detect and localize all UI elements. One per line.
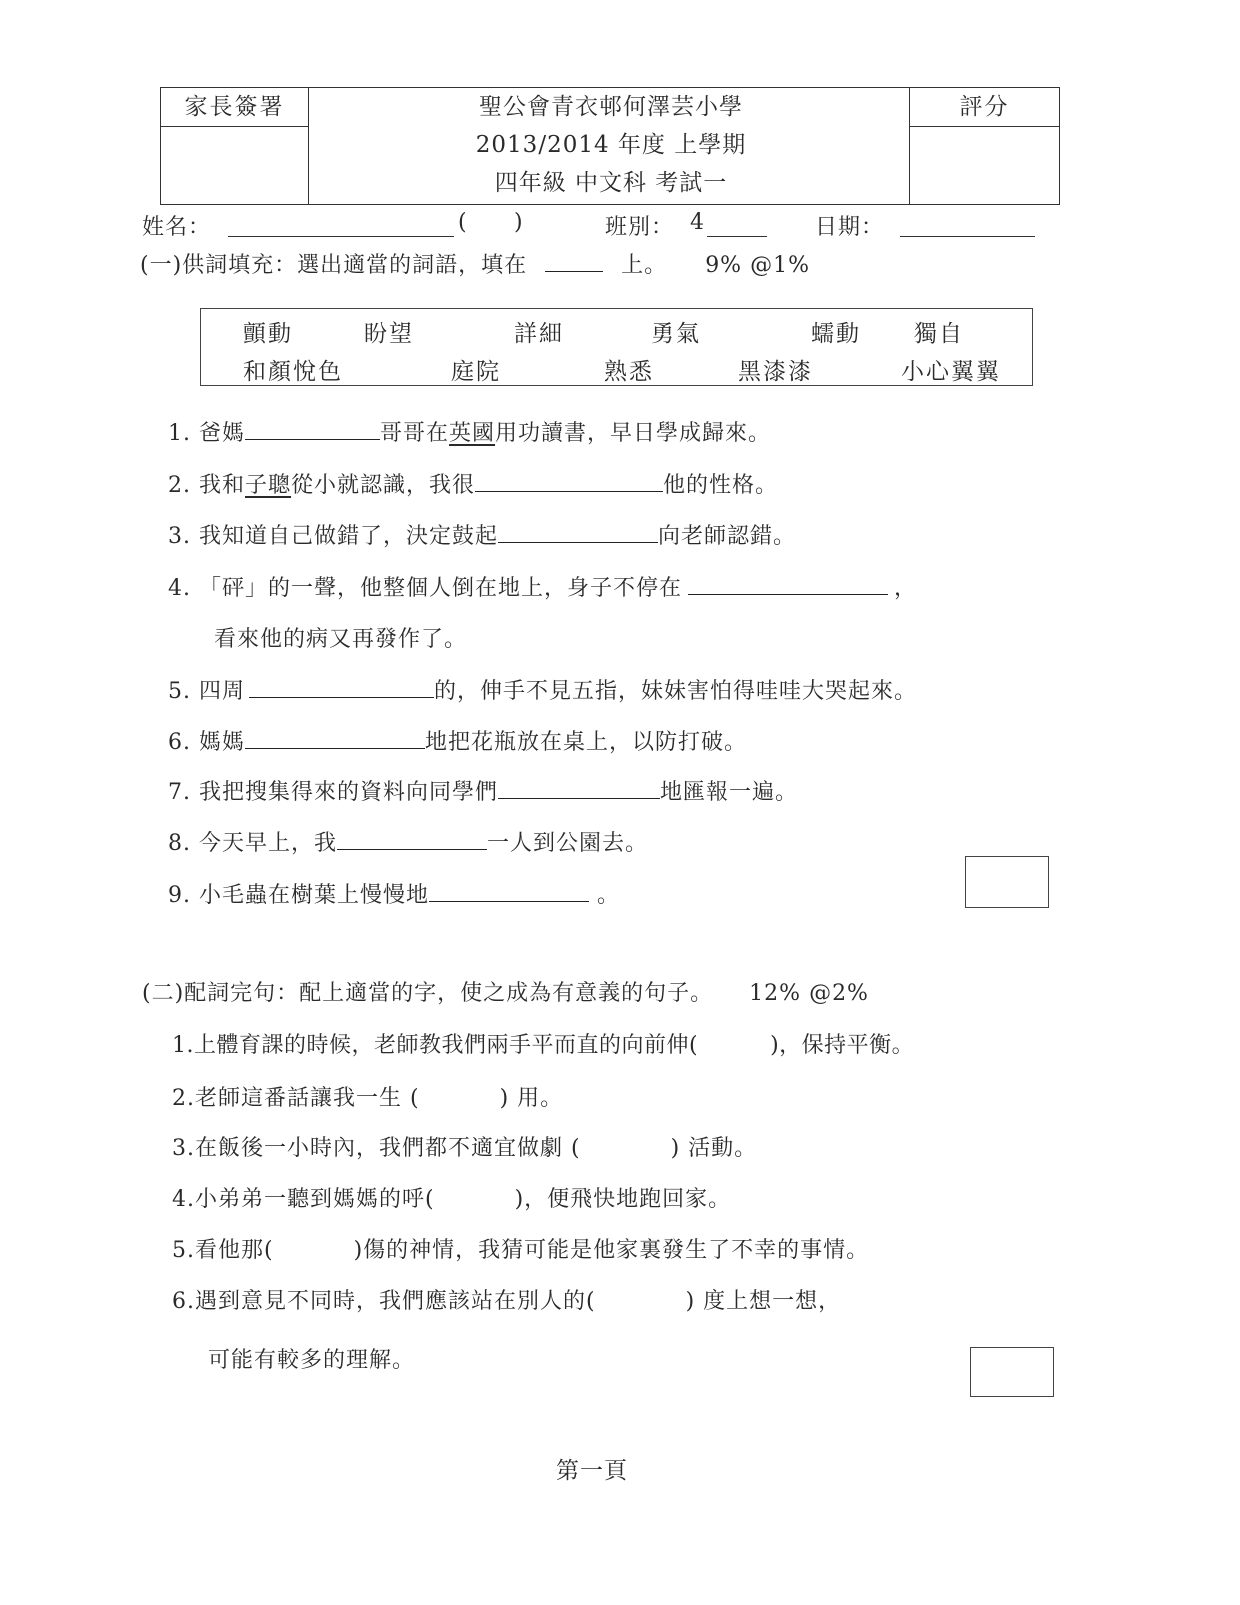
question-text: )傷的神情，我猜可能是他家裏發生了不幸的事情。 [354, 1238, 870, 1263]
word-bank: 顫動 盼望 詳細 勇氣 蠕動 獨自 和顏悅色 庭院 熟悉 黑漆漆 小心翼翼 [200, 308, 1033, 386]
question-text: ) 度上想一想， [686, 1289, 842, 1314]
word-bank-item: 小心翼翼 [901, 353, 1001, 386]
question-number: 5. [168, 679, 191, 704]
question-text: 「砰」的一聲，他整個人倒在地上，身子不停在 [199, 576, 682, 601]
section2-instruction: (二)配詞完句：配上適當的字，使之成為有意義的句子。 [142, 981, 713, 1006]
answer-blank[interactable] [245, 417, 380, 440]
date-field[interactable] [900, 236, 1035, 237]
question-number: 8. [168, 831, 191, 856]
word-bank-item: 蠕動 [811, 315, 861, 348]
question-text: 上體育課的時候，老師教我們兩手平而直的向前伸( [194, 1033, 698, 1058]
question-1-4: 4. 「砰」的一聲，他整個人倒在地上，身子不停在， [168, 571, 917, 602]
question-1-1: 1. 爸媽哥哥在英國用功讀書，早日學成歸來。 [168, 416, 771, 447]
question-number: 1. [168, 421, 191, 446]
question-number: 4. [172, 1187, 195, 1212]
section2-title: (二)配詞完句：配上適當的字，使之成為有意義的句子。 12% @2% [142, 976, 869, 1007]
section1-title: (一)供詞填充：選出適當的詞語，填在 上。 9% @1% [140, 248, 810, 279]
score-label: 評分 [910, 88, 1059, 127]
school-name: 聖公會青衣邨何澤芸小學 [309, 88, 913, 126]
name-field[interactable] [228, 236, 454, 237]
word-bank-item: 盼望 [364, 315, 414, 348]
section1-marks: 9% @1% [705, 253, 810, 278]
section2-score-box[interactable] [970, 1347, 1054, 1397]
parent-signature-field[interactable] [161, 127, 308, 205]
question-number: 5. [172, 1238, 195, 1263]
answer-blank[interactable] [498, 520, 658, 543]
answer-blank[interactable] [249, 675, 434, 698]
question-1-8: 8. 今天早上，我一人到公園去。 [168, 826, 648, 857]
section1-score-box[interactable] [965, 856, 1049, 908]
question-text: 我把搜集得來的資料向同學們 [199, 780, 498, 805]
number-paren-open: ( [458, 210, 468, 235]
number-paren-close: ) [514, 210, 524, 235]
question-1-4-continued: 看來他的病又再發作了。 [214, 622, 467, 653]
question-text: 向老師認錯。 [658, 524, 796, 549]
question-2-1: 1.上體育課的時候，老師教我們兩手平而直的向前伸()，保持平衡。 [172, 1028, 914, 1059]
question-text: 老師這番話讓我一生 ( [195, 1086, 420, 1111]
question-text: 哥哥在 [380, 421, 449, 446]
word-bank-item: 詳細 [514, 315, 564, 348]
question-text: 。 [597, 883, 620, 908]
class-label: 班別： [605, 210, 674, 241]
academic-year: 2013/2014 年度 上學期 [309, 126, 913, 164]
question-1-2: 2. 我和子聰從小就認識，我很他的性格。 [168, 468, 778, 499]
word-bank-item: 庭院 [451, 353, 501, 386]
question-1-3: 3. 我知道自己做錯了，決定鼓起向老師認錯。 [168, 519, 796, 550]
section1-instruction: (一)供詞填充：選出適當的詞語，填在 [140, 253, 527, 278]
name-label: 姓名： [142, 210, 211, 241]
question-2-4: 4.小弟弟一聽到媽媽的呼()，便飛快地跑回家。 [172, 1182, 731, 1213]
question-2-2: 2.老師這番話讓我一生 () 用。 [172, 1081, 563, 1112]
exam-title: 四年級 中文科 考試一 [309, 164, 913, 202]
question-2-5: 5.看他那()傷的神情，我猜可能是他家裏發生了不幸的事情。 [172, 1233, 869, 1264]
answer-blank[interactable] [337, 827, 487, 850]
page-number: 第一頁 [556, 1452, 628, 1485]
question-text: 媽媽 [199, 730, 245, 755]
question-text: 地匯報一遍。 [660, 780, 798, 805]
question-text: 地把花瓶放在桌上，以防打破。 [425, 730, 747, 755]
header-table: 家長簽署 聖公會青衣邨何澤芸小學 2013/2014 年度 上學期 四年級 中文… [160, 87, 1060, 205]
question-number: 1. [172, 1033, 194, 1058]
question-number: 6. [172, 1289, 195, 1314]
answer-blank[interactable] [245, 726, 425, 749]
class-value: 4 [690, 210, 705, 235]
parent-signature-label: 家長簽署 [161, 88, 308, 127]
word-bank-item: 顫動 [243, 315, 293, 348]
question-text: 四周 [199, 679, 245, 704]
question-2-3: 3.在飯後一小時內，我們都不適宜做劇 () 活動。 [172, 1131, 757, 1162]
answer-blank[interactable] [429, 879, 589, 902]
question-text: 我和 [199, 473, 245, 498]
question-2-6-continued: 可能有較多的理解。 [208, 1343, 415, 1374]
question-text: 一人到公園去。 [487, 831, 648, 856]
section1-instruction-tail: 上。 [621, 253, 667, 278]
question-text: 他的性格。 [663, 473, 778, 498]
question-number: 7. [168, 780, 191, 805]
word-bank-item: 和顏悅色 [243, 353, 343, 386]
question-text: ) 活動。 [671, 1136, 758, 1161]
question-1-6: 6. 媽媽地把花瓶放在桌上，以防打破。 [168, 725, 747, 756]
question-1-7: 7. 我把搜集得來的資料向同學們地匯報一遍。 [168, 775, 798, 806]
question-text: 用功讀書，早日學成歸來。 [495, 421, 771, 446]
date-label: 日期： [815, 210, 884, 241]
question-text: )，便飛快地跑回家。 [515, 1187, 732, 1212]
question-text: ) 用。 [500, 1086, 564, 1111]
question-text: ， [894, 576, 917, 601]
word-bank-item: 熟悉 [604, 353, 654, 386]
question-number: 3. [172, 1136, 195, 1161]
class-number-field[interactable] [474, 212, 514, 238]
proper-noun: 英國 [449, 421, 495, 446]
score-cell: 評分 [909, 88, 1059, 204]
answer-blank[interactable] [475, 469, 663, 492]
question-number: 2. [168, 473, 191, 498]
question-number: 9. [168, 883, 191, 908]
question-1-9: 9. 小毛蟲在樹葉上慢慢地。 [168, 878, 620, 909]
question-text: )，保持平衡。 [770, 1033, 914, 1058]
word-bank-item: 勇氣 [651, 315, 701, 348]
answer-blank[interactable] [498, 776, 660, 799]
question-text: 遇到意見不同時，我們應該站在別人的( [195, 1289, 596, 1314]
class-field[interactable] [707, 236, 767, 237]
question-text: 我知道自己做錯了，決定鼓起 [199, 524, 498, 549]
question-number: 3. [168, 524, 191, 549]
parent-signature-cell: 家長簽署 [161, 88, 309, 204]
question-text: 在飯後一小時內，我們都不適宜做劇 ( [195, 1136, 581, 1161]
question-1-5: 5. 四周的，伸手不見五指，妹妹害怕得哇哇大哭起來。 [168, 674, 917, 705]
question-text: 小毛蟲在樹葉上慢慢地 [199, 883, 429, 908]
question-2-6: 6.遇到意見不同時，我們應該站在別人的() 度上想一想， [172, 1284, 841, 1315]
question-number: 6. [168, 730, 191, 755]
answer-blank[interactable] [688, 572, 888, 595]
exam-title-block: 聖公會青衣邨何澤芸小學 2013/2014 年度 上學期 四年級 中文科 考試一 [309, 88, 913, 204]
question-text: 看他那( [195, 1238, 274, 1263]
question-text: 的，伸手不見五指，妹妹害怕得哇哇大哭起來。 [434, 679, 917, 704]
question-text: 從小就認識，我很 [291, 473, 475, 498]
example-blank [545, 249, 603, 272]
section2-marks: 12% @2% [749, 981, 869, 1006]
question-number: 4. [168, 576, 191, 601]
question-text: 爸媽 [199, 421, 245, 446]
proper-noun: 子聰 [245, 473, 291, 498]
word-bank-item: 獨自 [914, 315, 964, 348]
question-text: 今天早上，我 [199, 831, 337, 856]
question-number: 2. [172, 1086, 195, 1111]
word-bank-item: 黑漆漆 [738, 353, 813, 386]
question-text: 小弟弟一聽到媽媽的呼( [195, 1187, 435, 1212]
score-field[interactable] [910, 127, 1059, 205]
